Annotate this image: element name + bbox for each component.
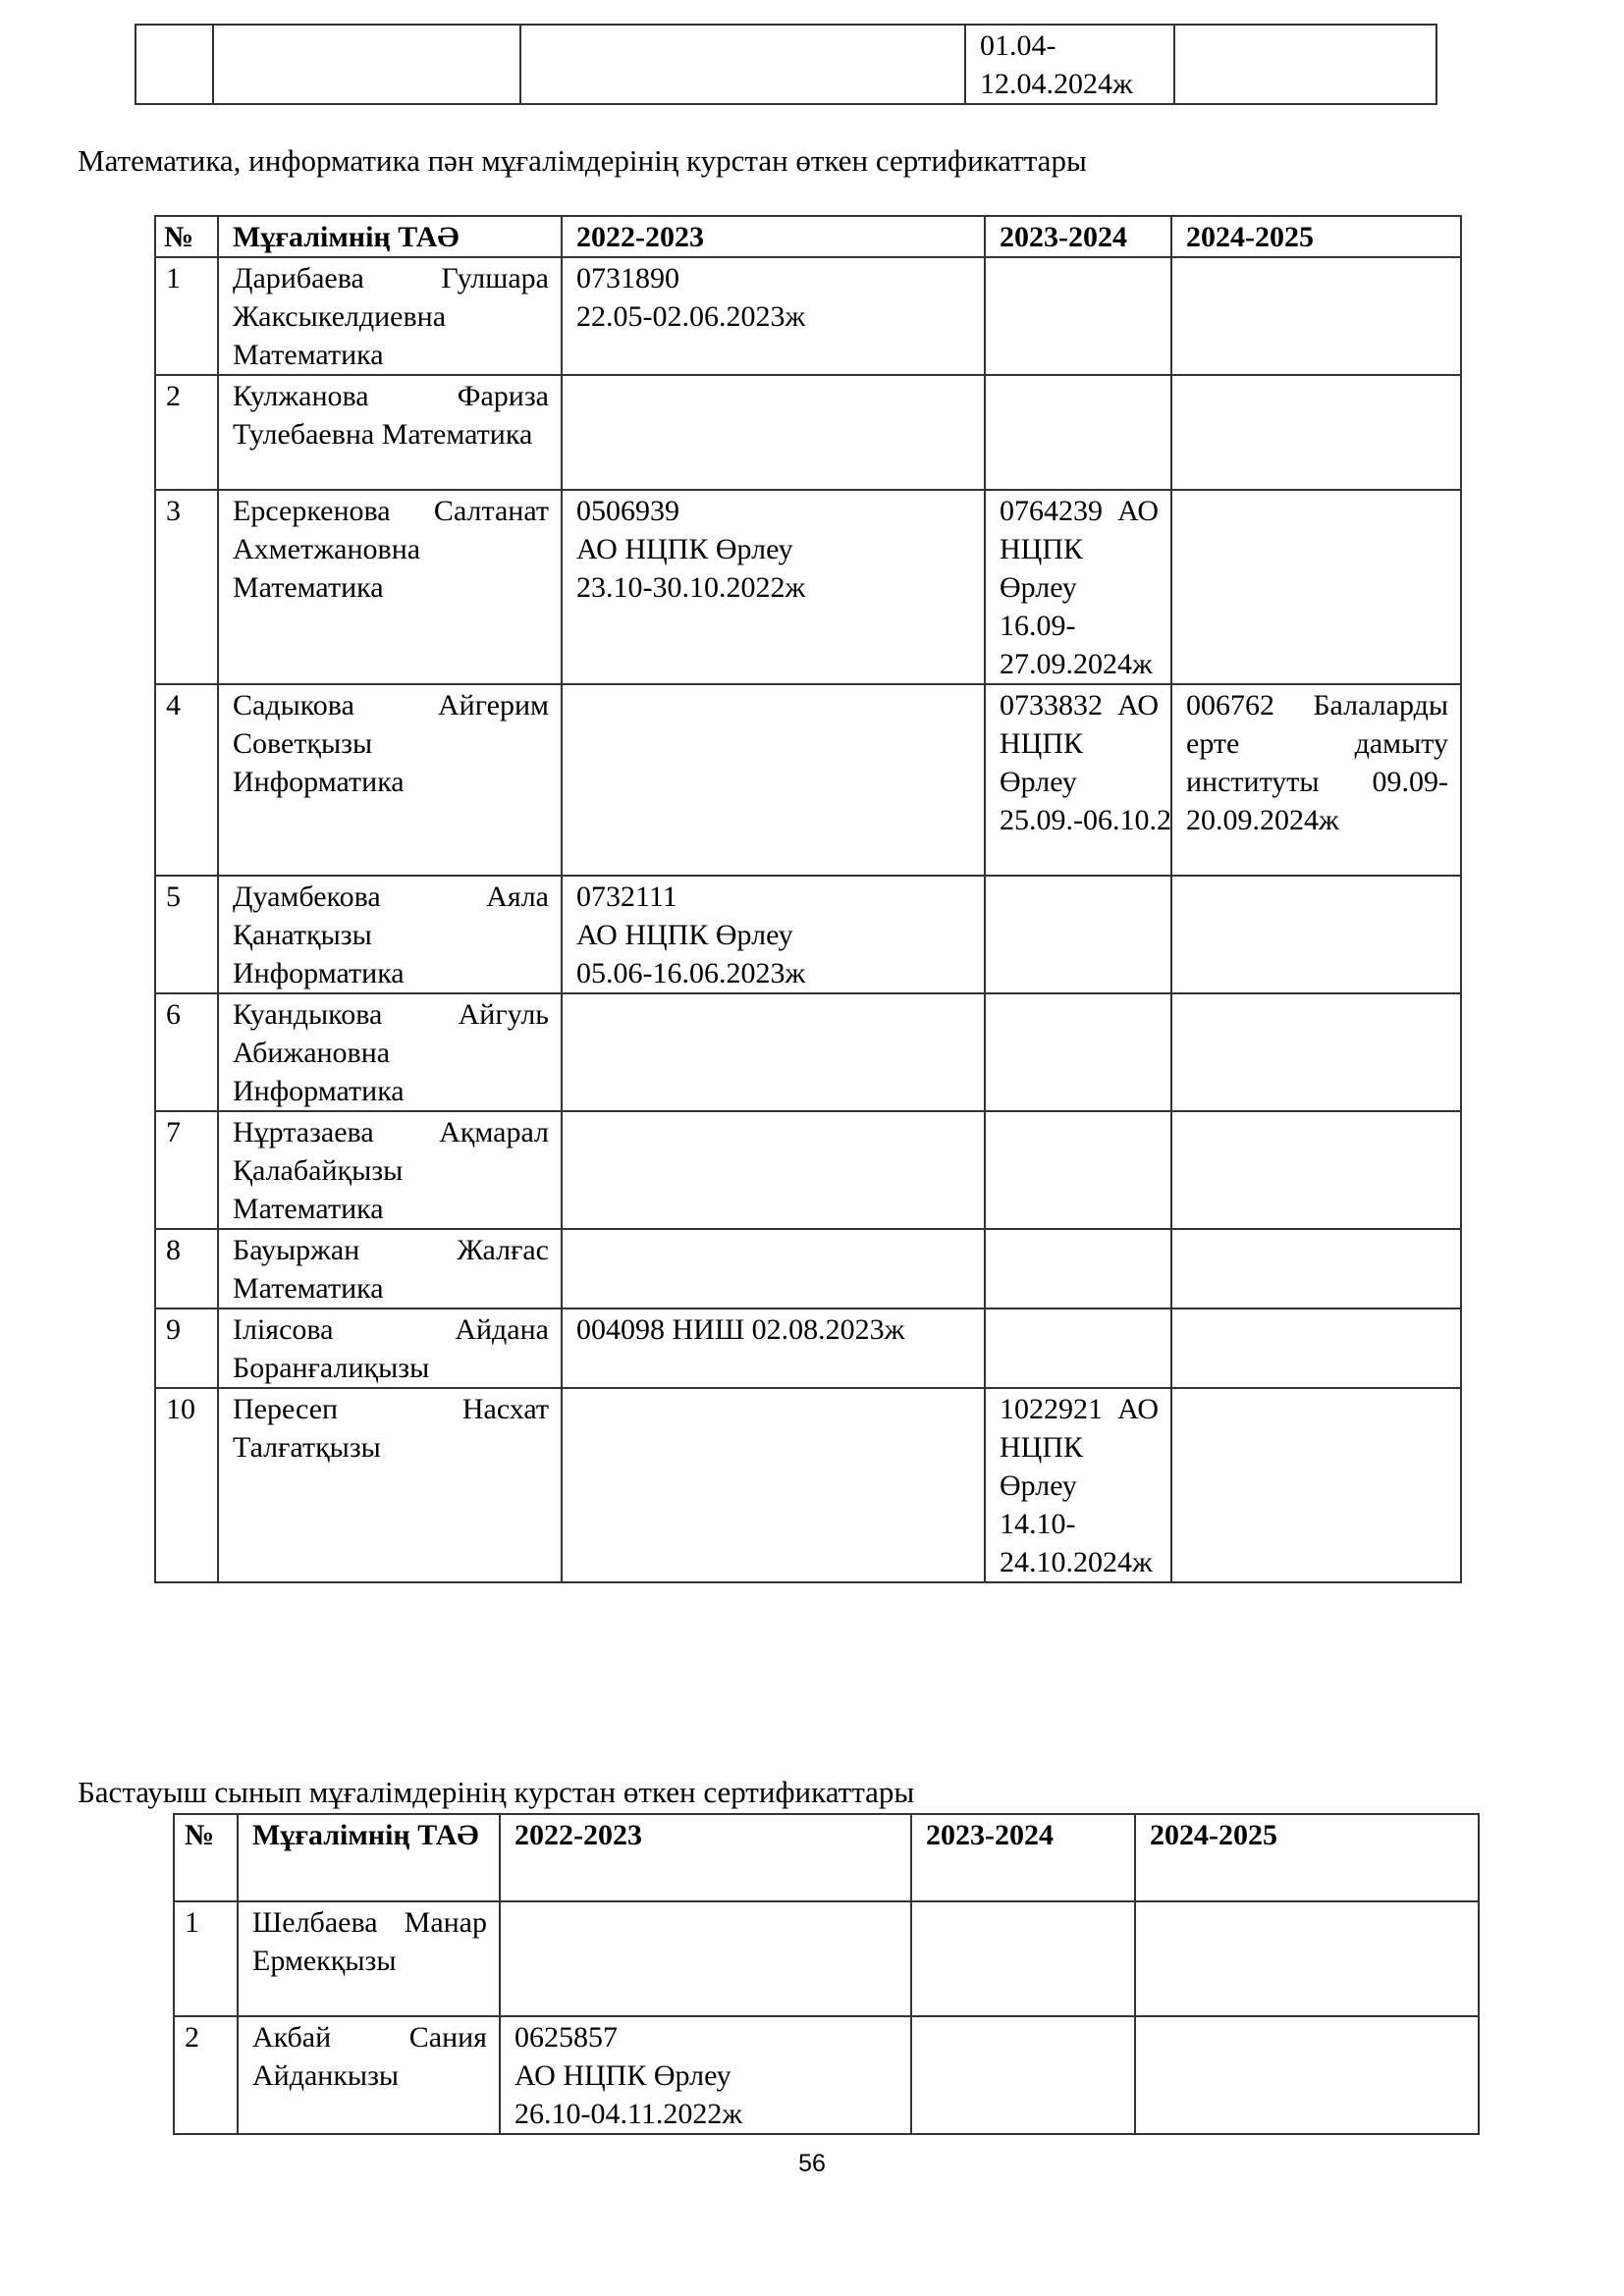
cert-2023-2024 xyxy=(985,257,1171,375)
cert-2024-2025 xyxy=(1171,1308,1461,1388)
teacher-name: Пересеп Насхат Талғатқызы xyxy=(218,1388,562,1582)
cert-2023-2024 xyxy=(985,876,1171,993)
row-number: 1 xyxy=(155,257,218,375)
cert-2024-2025 xyxy=(1135,1901,1479,2016)
table-row: 8Бауыржан Жалғас Математика xyxy=(155,1229,1461,1308)
table-row: 10Пересеп Насхат Талғатқызы1022921 АО НЦ… xyxy=(155,1388,1461,1582)
column-header-name: Мұғалімнің ТАӘ xyxy=(218,216,562,257)
cert-2023-2024 xyxy=(911,2016,1135,2134)
top-table-fragment: 01.04- 12.04.2024ж xyxy=(135,24,1437,105)
teacher-name: Куандыкова Айгуль Абижановна Информатика xyxy=(218,993,562,1111)
table-row: 9Іліясова Айдана Боранғалиқызы004098 НИШ… xyxy=(155,1308,1461,1388)
page-number: 56 xyxy=(0,2150,1624,2178)
teacher-name: Акбай Сания Айданкызы xyxy=(238,2016,500,2134)
table-row: 7Нұртазаева Ақмарал Қалабайқызы Математи… xyxy=(155,1111,1461,1229)
cert-2024-2025 xyxy=(1171,490,1461,684)
cert-2024-2025 xyxy=(1171,1388,1461,1582)
cert-2023-2024 xyxy=(911,1901,1135,2016)
teacher-name: Шелбаева Манар Ермекқызы xyxy=(238,1901,500,2016)
cert-2022-2023: 0506939 АО НЦПК Өрлеу 23.10-30.10.2022ж xyxy=(562,490,985,684)
column-header-2024-2025: 2024-2025 xyxy=(1135,1814,1479,1901)
cert-2024-2025 xyxy=(1135,2016,1479,2134)
teacher-name: Ерсеркенова Салтанат Ахметжановна Матема… xyxy=(218,490,562,684)
cert-2023-2024: 0764239 АО НЦПК Өрлеу 16.09-27.09.2024ж xyxy=(985,490,1171,684)
teacher-name: Іліясова Айдана Боранғалиқызы xyxy=(218,1308,562,1388)
math-teachers-table: № Мұғалімнің ТАӘ 2022-2023 2023-2024 202… xyxy=(154,215,1462,1583)
table-cell xyxy=(520,25,965,104)
row-number: 2 xyxy=(155,375,218,490)
column-header-2024-2025: 2024-2025 xyxy=(1171,216,1461,257)
table-cell xyxy=(213,25,520,104)
row-number: 5 xyxy=(155,876,218,993)
cert-2023-2024 xyxy=(985,1229,1171,1308)
cert-2022-2023 xyxy=(562,1229,985,1308)
cert-2024-2025 xyxy=(1171,1111,1461,1229)
table-row: 1Дарибаева Гулшара Жаксыкелдиевна Матема… xyxy=(155,257,1461,375)
column-header-2022-2023: 2022-2023 xyxy=(500,1814,911,1901)
cert-2022-2023 xyxy=(562,993,985,1111)
table-row: 4Садыкова Айгерим Советқызы Информатика0… xyxy=(155,684,1461,876)
teacher-name: Бауыржан Жалғас Математика xyxy=(218,1229,562,1308)
cert-2022-2023 xyxy=(562,1388,985,1582)
row-number: 8 xyxy=(155,1229,218,1308)
column-header-name: Мұғалімнің ТАӘ xyxy=(238,1814,500,1901)
row-number: 1 xyxy=(174,1901,238,2016)
row-number: 2 xyxy=(174,2016,238,2134)
column-header-2022-2023: 2022-2023 xyxy=(562,216,985,257)
primary-teachers-body: 1Шелбаева Манар Ермекқызы2Акбай Сания Ай… xyxy=(174,1901,1479,2134)
table-row: 1Шелбаева Манар Ермекқызы xyxy=(174,1901,1479,2016)
row-number: 9 xyxy=(155,1308,218,1388)
table-row: 5Дуамбекова Аяла Қанатқызы Информатика07… xyxy=(155,876,1461,993)
teacher-name: Дарибаева Гулшара Жаксыкелдиевна Математ… xyxy=(218,257,562,375)
cert-2023-2024 xyxy=(985,1111,1171,1229)
column-header-2023-2024: 2023-2024 xyxy=(911,1814,1135,1901)
cert-2023-2024 xyxy=(985,993,1171,1111)
cert-2022-2023: 004098 НИШ 02.08.2023ж xyxy=(562,1308,985,1388)
cert-2022-2023 xyxy=(562,1111,985,1229)
section-caption-primary: Бастауыш сынып мұғалімдерінің курстан өт… xyxy=(78,1775,914,1810)
table-header-row: № Мұғалімнің ТАӘ 2022-2023 2023-2024 202… xyxy=(155,216,1461,257)
math-teachers-body: 1Дарибаева Гулшара Жаксыкелдиевна Матема… xyxy=(155,257,1461,1582)
cert-2022-2023 xyxy=(500,1901,911,2016)
cert-2024-2025 xyxy=(1171,1229,1461,1308)
table-header-row: № Мұғалімнің ТАӘ 2022-2023 2023-2024 202… xyxy=(174,1814,1479,1901)
cert-2022-2023 xyxy=(562,375,985,490)
row-number: 7 xyxy=(155,1111,218,1229)
table-row: 2Кулжанова Фариза Тулебаевна Математика xyxy=(155,375,1461,490)
cert-2022-2023: 0625857 АО НЦПК Өрлеу 26.10-04.11.2022ж xyxy=(500,2016,911,2134)
cert-2024-2025 xyxy=(1171,257,1461,375)
table-row: 01.04- 12.04.2024ж xyxy=(135,25,1436,104)
cert-2022-2023: 0731890 22.05-02.06.2023ж xyxy=(562,257,985,375)
column-header-no: № xyxy=(174,1814,238,1901)
cert-2024-2025: 006762 Балаларды ерте дамыту институты 0… xyxy=(1171,684,1461,876)
primary-teachers-table: № Мұғалімнің ТАӘ 2022-2023 2023-2024 202… xyxy=(173,1813,1480,2135)
table-cell xyxy=(1174,25,1436,104)
cert-2023-2024 xyxy=(985,1308,1171,1388)
row-number: 10 xyxy=(155,1388,218,1582)
row-number: 3 xyxy=(155,490,218,684)
teacher-name: Кулжанова Фариза Тулебаевна Математика xyxy=(218,375,562,490)
teacher-name: Садыкова Айгерим Советқызы Информатика xyxy=(218,684,562,876)
table-cell: 01.04- 12.04.2024ж xyxy=(965,25,1174,104)
cert-2023-2024 xyxy=(985,375,1171,490)
row-number: 4 xyxy=(155,684,218,876)
cert-2023-2024: 0733832 АО НЦПК Өрлеу 25.09.-06.10.2023ж xyxy=(985,684,1171,876)
column-header-2023-2024: 2023-2024 xyxy=(985,216,1171,257)
column-header-no: № xyxy=(155,216,218,257)
row-number: 6 xyxy=(155,993,218,1111)
table-cell xyxy=(135,25,213,104)
table-row: 2Акбай Сания Айданкызы0625857 АО НЦПК Өр… xyxy=(174,2016,1479,2134)
teacher-name: Дуамбекова Аяла Қанатқызы Информатика xyxy=(218,876,562,993)
cert-2024-2025 xyxy=(1171,876,1461,993)
cert-2023-2024: 1022921 АО НЦПК Өрлеу 14.10-24.10.2024ж xyxy=(985,1388,1171,1582)
cert-2024-2025 xyxy=(1171,993,1461,1111)
cert-2022-2023 xyxy=(562,684,985,876)
table-row: 3Ерсеркенова Салтанат Ахметжановна Матем… xyxy=(155,490,1461,684)
table-row: 6Куандыкова Айгуль Абижановна Информатик… xyxy=(155,993,1461,1111)
cert-2024-2025 xyxy=(1171,375,1461,490)
teacher-name: Нұртазаева Ақмарал Қалабайқызы Математик… xyxy=(218,1111,562,1229)
section-caption-math: Математика, информатика пән мұғалімдерін… xyxy=(78,143,1087,179)
cert-2022-2023: 0732111 АО НЦПК Өрлеу 05.06-16.06.2023ж xyxy=(562,876,985,993)
